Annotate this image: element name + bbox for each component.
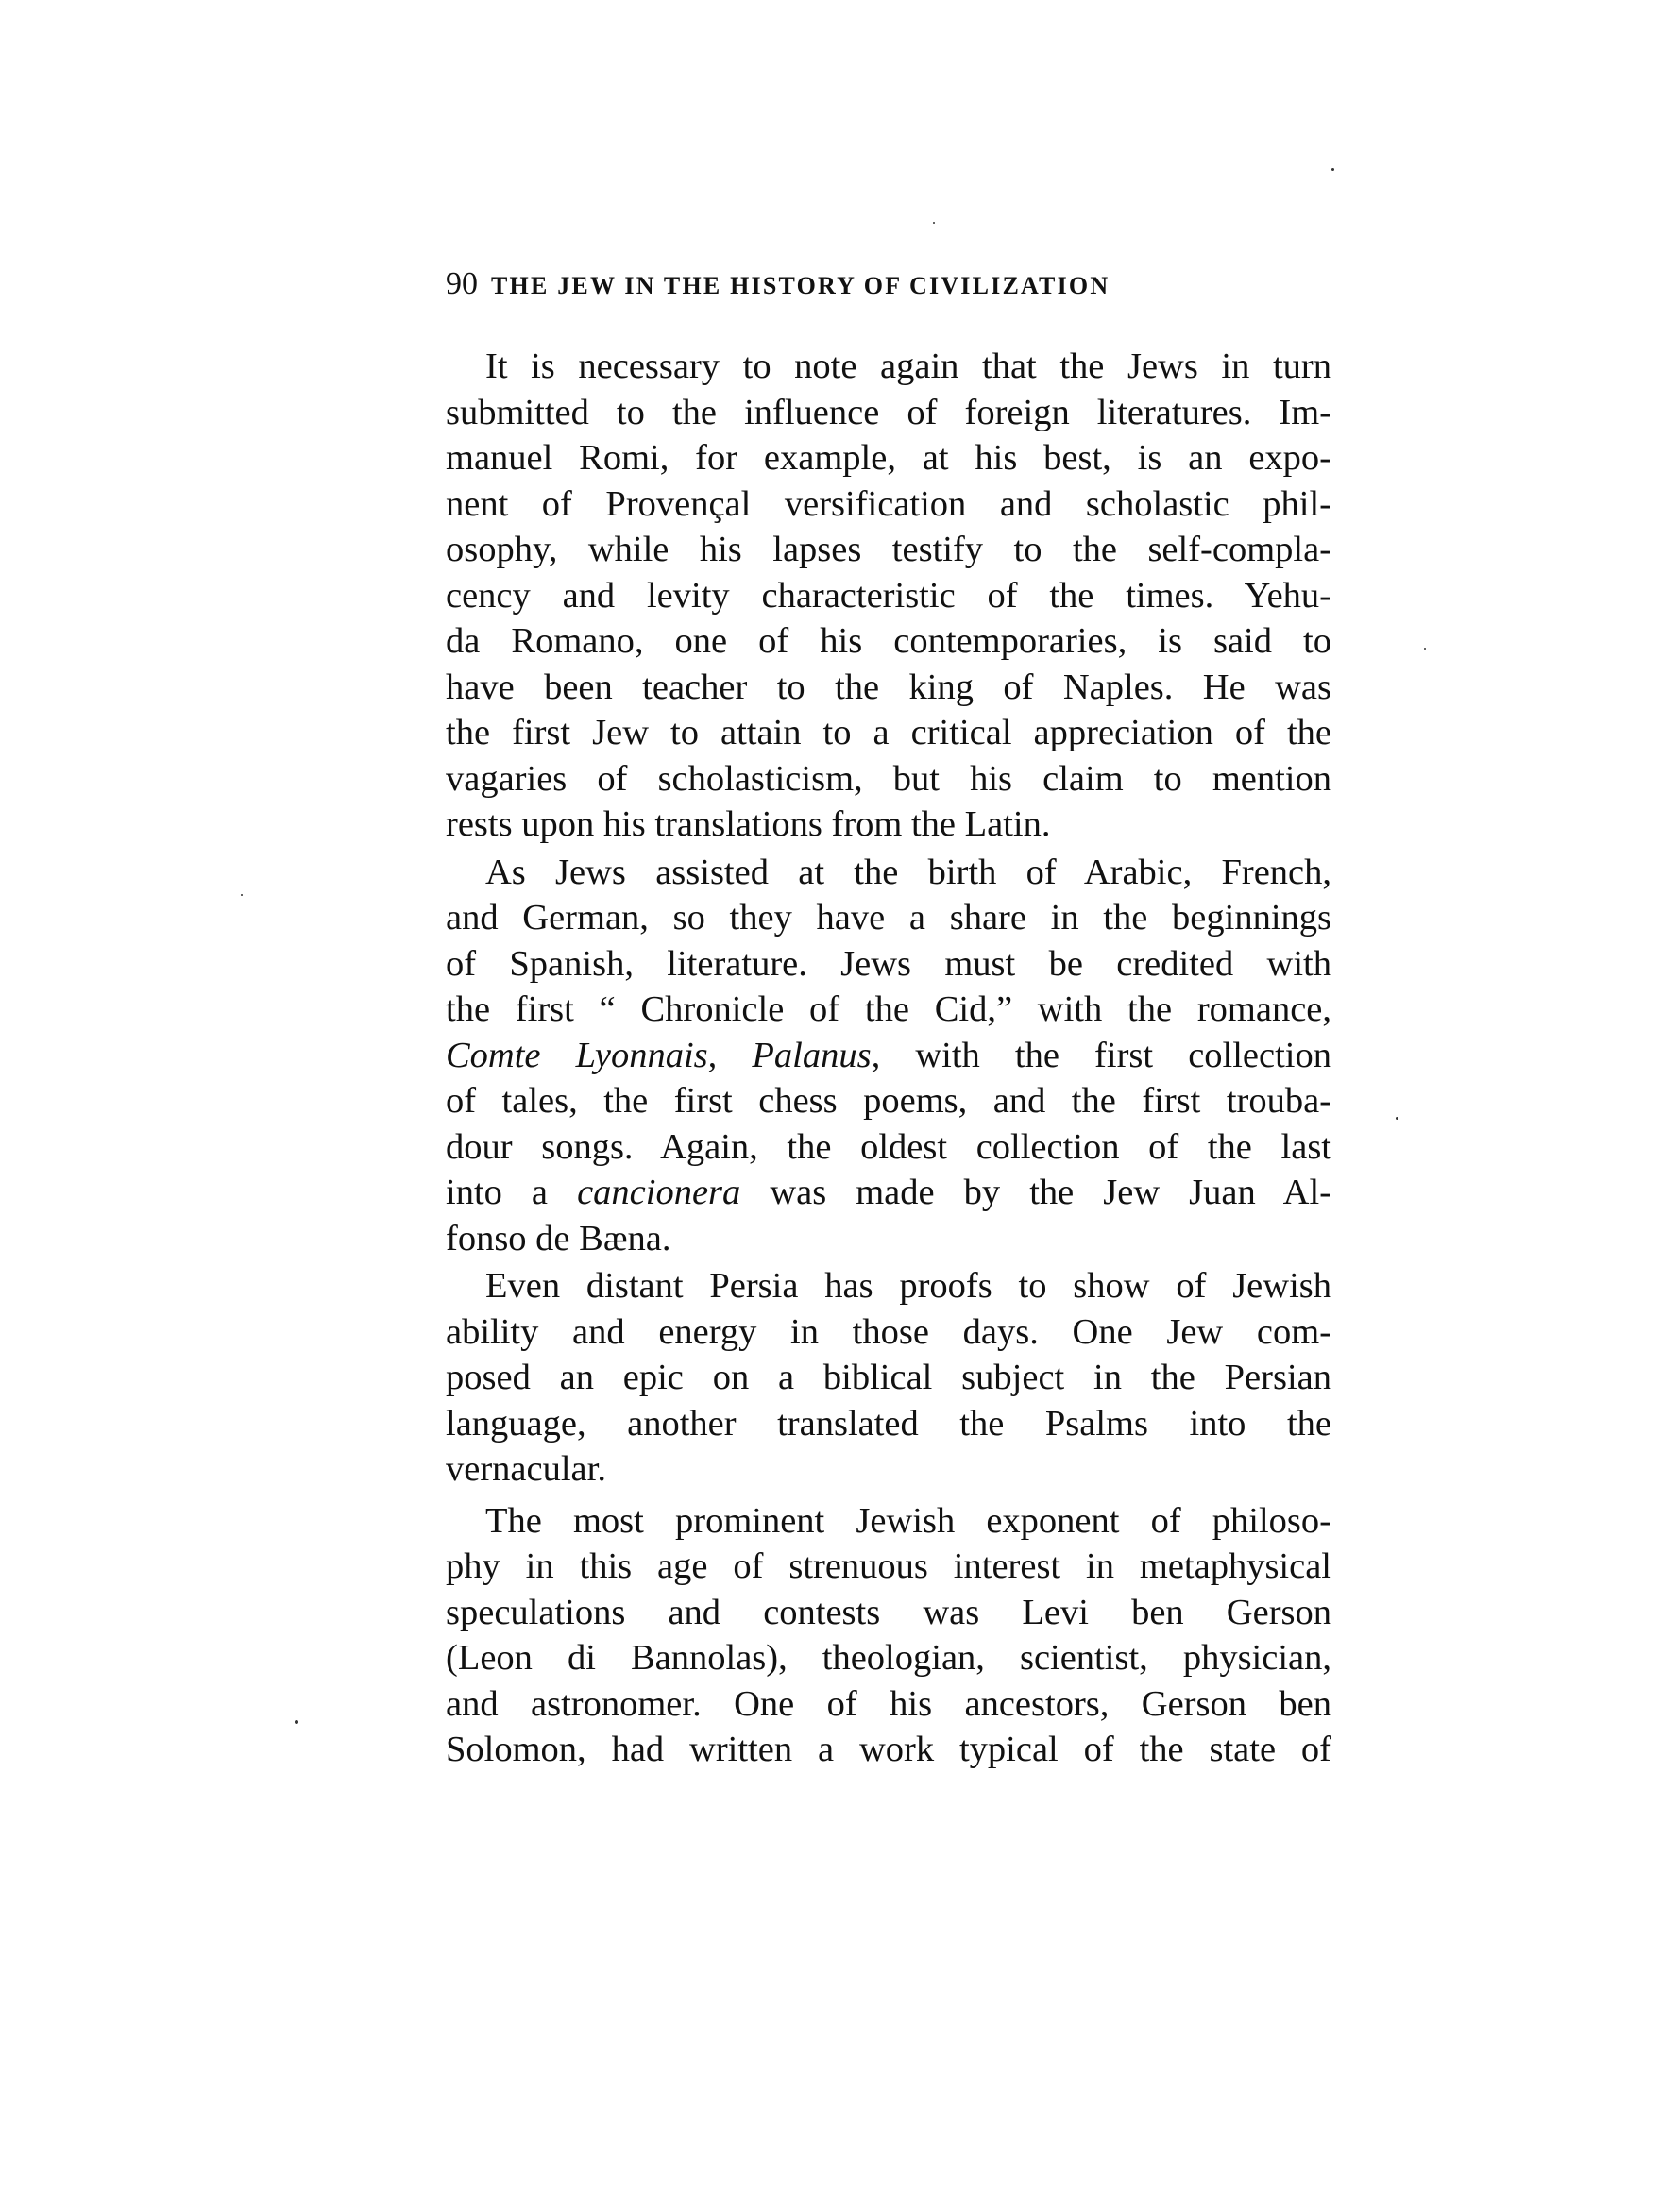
italic-term: cancionera: [577, 1173, 740, 1212]
text-line: fonso de Bæna.: [446, 1216, 1331, 1262]
text-line: da Romano, one of his contemporaries, is…: [446, 618, 1331, 665]
page-number: 90: [446, 266, 478, 302]
text-line: vernacular.: [446, 1446, 1331, 1493]
paragraph: It is necessary to note again that the J…: [446, 344, 1331, 848]
text-line: posed an epic on a biblical subject in t…: [446, 1355, 1331, 1401]
scan-speck: [241, 894, 243, 896]
text-line: speculations and contests was Levi ben G…: [446, 1590, 1331, 1636]
scan-speck: [933, 222, 935, 224]
paragraph: The most prominent Jewish exponent of ph…: [446, 1498, 1331, 1773]
text-line: rests upon his translations from the Lat…: [446, 802, 1331, 848]
text-line: have been teacher to the king of Naples.…: [446, 665, 1331, 711]
text-line: The most prominent Jewish exponent of ph…: [446, 1498, 1331, 1545]
text-line: vagaries of scholasticism, but his claim…: [446, 756, 1331, 802]
text-line-with-italic: into a cancionera was made by the Jew Ju…: [446, 1170, 1331, 1216]
text-line: It is necessary to note again that the J…: [446, 344, 1331, 390]
scan-speck: [1396, 1117, 1398, 1120]
running-head: 90 THE JEW IN THE HISTORY OF CIVILIZATIO…: [446, 266, 1331, 315]
text-line: As Jews assisted at the birth of Arabic,…: [446, 850, 1331, 896]
text-line: osophy, while his lapses testify to the …: [446, 527, 1331, 573]
scan-speck: [295, 1720, 298, 1724]
text-line: of tales, the first chess poems, and the…: [446, 1078, 1331, 1124]
text-line: of Spanish, literature. Jews must be cre…: [446, 941, 1331, 988]
text-line: Solomon, had written a work typical of t…: [446, 1727, 1331, 1773]
text-line: and German, so they have a share in the …: [446, 895, 1331, 941]
text-line: submitted to the influence of foreign li…: [446, 390, 1331, 436]
text-line: the first Jew to attain to a critical ap…: [446, 710, 1331, 756]
paragraph: As Jews assisted at the birth of Arabic,…: [446, 850, 1331, 1262]
text-line: cency and levity characteristic of the t…: [446, 573, 1331, 619]
paragraph: Even distant Persia has proofs to show o…: [446, 1263, 1331, 1493]
text-line: (Leon di Bannolas), theologian, scientis…: [446, 1635, 1331, 1681]
body-text: It is necessary to note again that the J…: [446, 344, 1331, 1773]
scan-speck: [1331, 168, 1334, 171]
running-head-title: THE JEW IN THE HISTORY OF CIVILIZATION: [491, 272, 1110, 300]
text-line: Even distant Persia has proofs to show o…: [446, 1263, 1331, 1309]
text-line: and astronomer. One of his ancestors, Ge…: [446, 1681, 1331, 1728]
scan-speck: [1424, 648, 1426, 650]
text-line: language, another translated the Psalms …: [446, 1401, 1331, 1447]
text-line: the first “ Chronicle of the Cid,” with …: [446, 987, 1331, 1033]
text-line: manuel Romi, for example, at his best, i…: [446, 435, 1331, 481]
text-line: nent of Provençal versification and scho…: [446, 481, 1331, 528]
text-line: ability and energy in those days. One Je…: [446, 1309, 1331, 1356]
italic-title: Comte Lyonnais, Palanus,: [446, 1036, 880, 1075]
text-line-with-italic: Comte Lyonnais, Palanus, with the first …: [446, 1033, 1331, 1079]
text-line: dour songs. Again, the oldest collection…: [446, 1124, 1331, 1171]
book-page: 90 THE JEW IN THE HISTORY OF CIVILIZATIO…: [446, 266, 1331, 1773]
text-line: phy in this age of strenuous interest in…: [446, 1544, 1331, 1590]
